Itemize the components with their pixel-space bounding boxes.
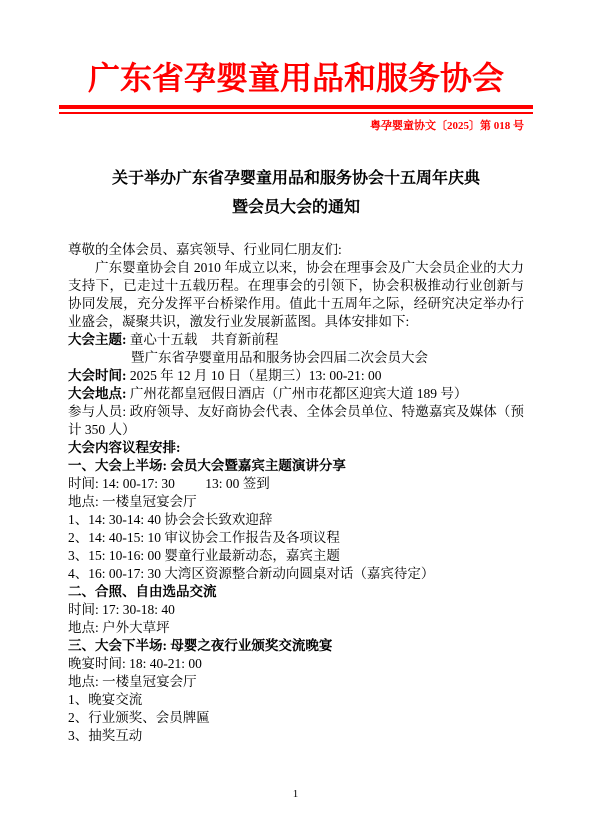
section1-item-2: 2、14: 40-15: 10 审议协会工作报告及各项议程 (68, 529, 524, 547)
section1-heading: 一、大会上半场: 会员大会暨嘉宾主题演讲分享 (68, 457, 524, 475)
section1-item-1: 1、14: 30-14: 40 协会会长致欢迎辞 (68, 511, 524, 529)
section3-time: 晚宴时间: 18: 40-21: 00 (68, 655, 524, 673)
notice-title: 关于举办广东省孕婴童用品和服务协会十五周年庆典 暨会员大会的通知 (68, 164, 524, 222)
time-line: 大会时间: 2025 年 12 月 10 日（星期三）13: 00-21: 00 (68, 367, 524, 385)
theme-label: 大会主题: (68, 332, 130, 347)
notice-title-line2: 暨会员大会的通知 (68, 193, 524, 222)
section1-location: 地点: 一楼皇冠宴会厅 (68, 493, 524, 511)
document-page: 广东省孕婴童用品和服务协会 粤孕婴童协文〔2025〕第 018 号 关于举办广东… (0, 0, 591, 837)
venue-value: 广州花都皇冠假日酒店（广州市花都区迎宾大道 189 号） (130, 386, 468, 401)
header-rule (59, 105, 533, 114)
time-label: 大会时间: (68, 368, 130, 383)
theme-line: 大会主题: 童心十五载 共育新前程 (68, 331, 524, 349)
theme-line2: 暨广东省孕婴童用品和服务协会四届二次会员大会 (68, 349, 524, 367)
section1-item-3: 3、15: 10-16: 00 婴童行业最新动态，嘉宾主题 (68, 547, 524, 565)
section3-item-2: 2、行业颁奖、会员牌匾 (68, 709, 524, 727)
section2-heading: 二、合照、自由选品交流 (68, 583, 524, 601)
section3-item-1: 1、晚宴交流 (68, 691, 524, 709)
section3-item-3: 3、抽奖互动 (68, 727, 524, 745)
venue-label: 大会地点: (68, 386, 130, 401)
intro-paragraph: 广东婴童协会自 2010 年成立以来，协会在理事会及广大会员企业的大力支持下，已… (68, 259, 524, 331)
doc-number: 粤孕婴童协文〔2025〕第 018 号 (68, 119, 524, 133)
salutation: 尊敬的全体会员、嘉宾领导、行业同仁朋友们: (68, 241, 524, 259)
page-number: 1 (0, 788, 591, 801)
org-title: 广东省孕婴童用品和服务协会 (68, 0, 524, 99)
participants-line: 参与人员: 政府领导、友好商协会代表、全体会员单位、特邀嘉宾及媒体（预计 350… (68, 403, 524, 439)
section3-heading: 三、大会下半场: 母婴之夜行业颁奖交流晚宴 (68, 637, 524, 655)
notice-body: 尊敬的全体会员、嘉宾领导、行业同仁朋友们: 广东婴童协会自 2010 年成立以来… (68, 241, 524, 745)
section2-location: 地点: 户外大草坪 (68, 619, 524, 637)
section3-location: 地点: 一楼皇冠宴会厅 (68, 673, 524, 691)
section2-time: 时间: 17: 30-18: 40 (68, 601, 524, 619)
notice-title-line1: 关于举办广东省孕婴童用品和服务协会十五周年庆典 (68, 164, 524, 193)
venue-line: 大会地点: 广州花都皇冠假日酒店（广州市花都区迎宾大道 189 号） (68, 385, 524, 403)
theme-value: 童心十五载 共育新前程 (130, 332, 279, 347)
agenda-heading: 大会内容议程安排: (68, 439, 524, 457)
section1-time: 时间: 14: 00-17: 30 13: 00 签到 (68, 475, 524, 493)
section1-item-4: 4、16: 00-17: 30 大湾区资源整合新动向圆桌对话（嘉宾待定） (68, 565, 524, 583)
time-value: 2025 年 12 月 10 日（星期三）13: 00-21: 00 (130, 368, 382, 383)
